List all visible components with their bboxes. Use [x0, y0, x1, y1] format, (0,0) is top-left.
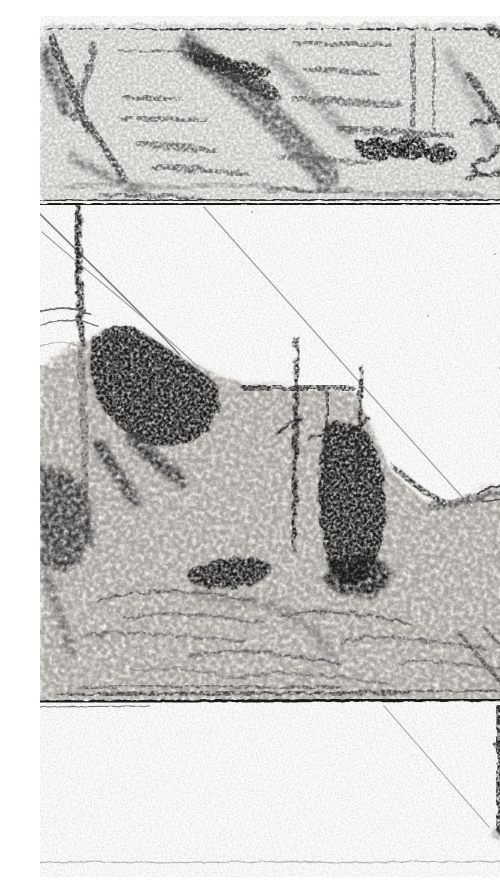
sketch-canvas: [40, 16, 500, 877]
paper-grain-overlay: [40, 16, 500, 877]
charcoal-sketch-page: [40, 16, 500, 877]
